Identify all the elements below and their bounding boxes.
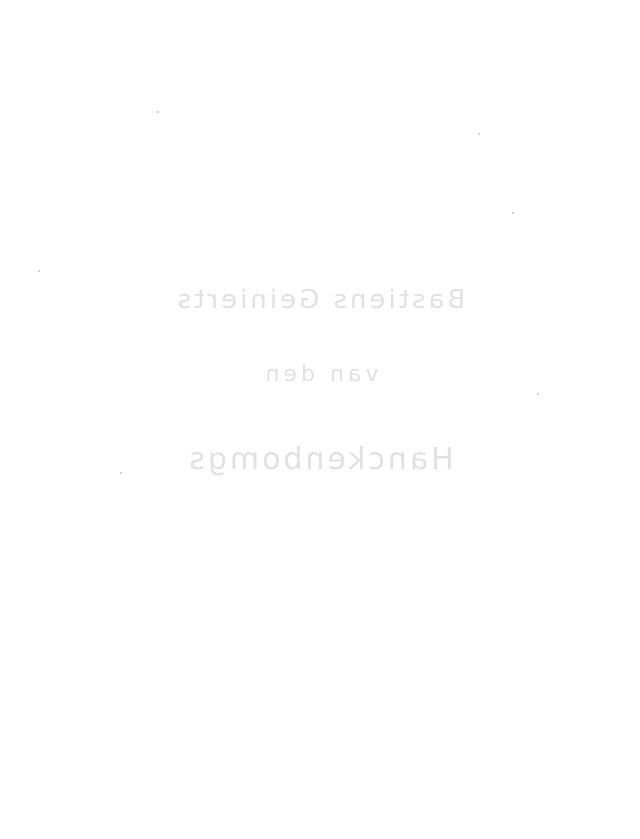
bleed-through-title-line-3: Hanckenbomgs <box>0 442 640 477</box>
bleed-through-title-line-2: van den <box>0 362 640 387</box>
scan-speck <box>120 472 122 474</box>
scan-speck <box>38 270 40 272</box>
scan-speck <box>478 133 480 135</box>
bleed-through-title-line-1: Bastiens Geinierts <box>0 285 640 315</box>
scan-speck <box>157 111 159 113</box>
scan-speck <box>537 393 539 395</box>
scan-speck <box>512 212 514 214</box>
